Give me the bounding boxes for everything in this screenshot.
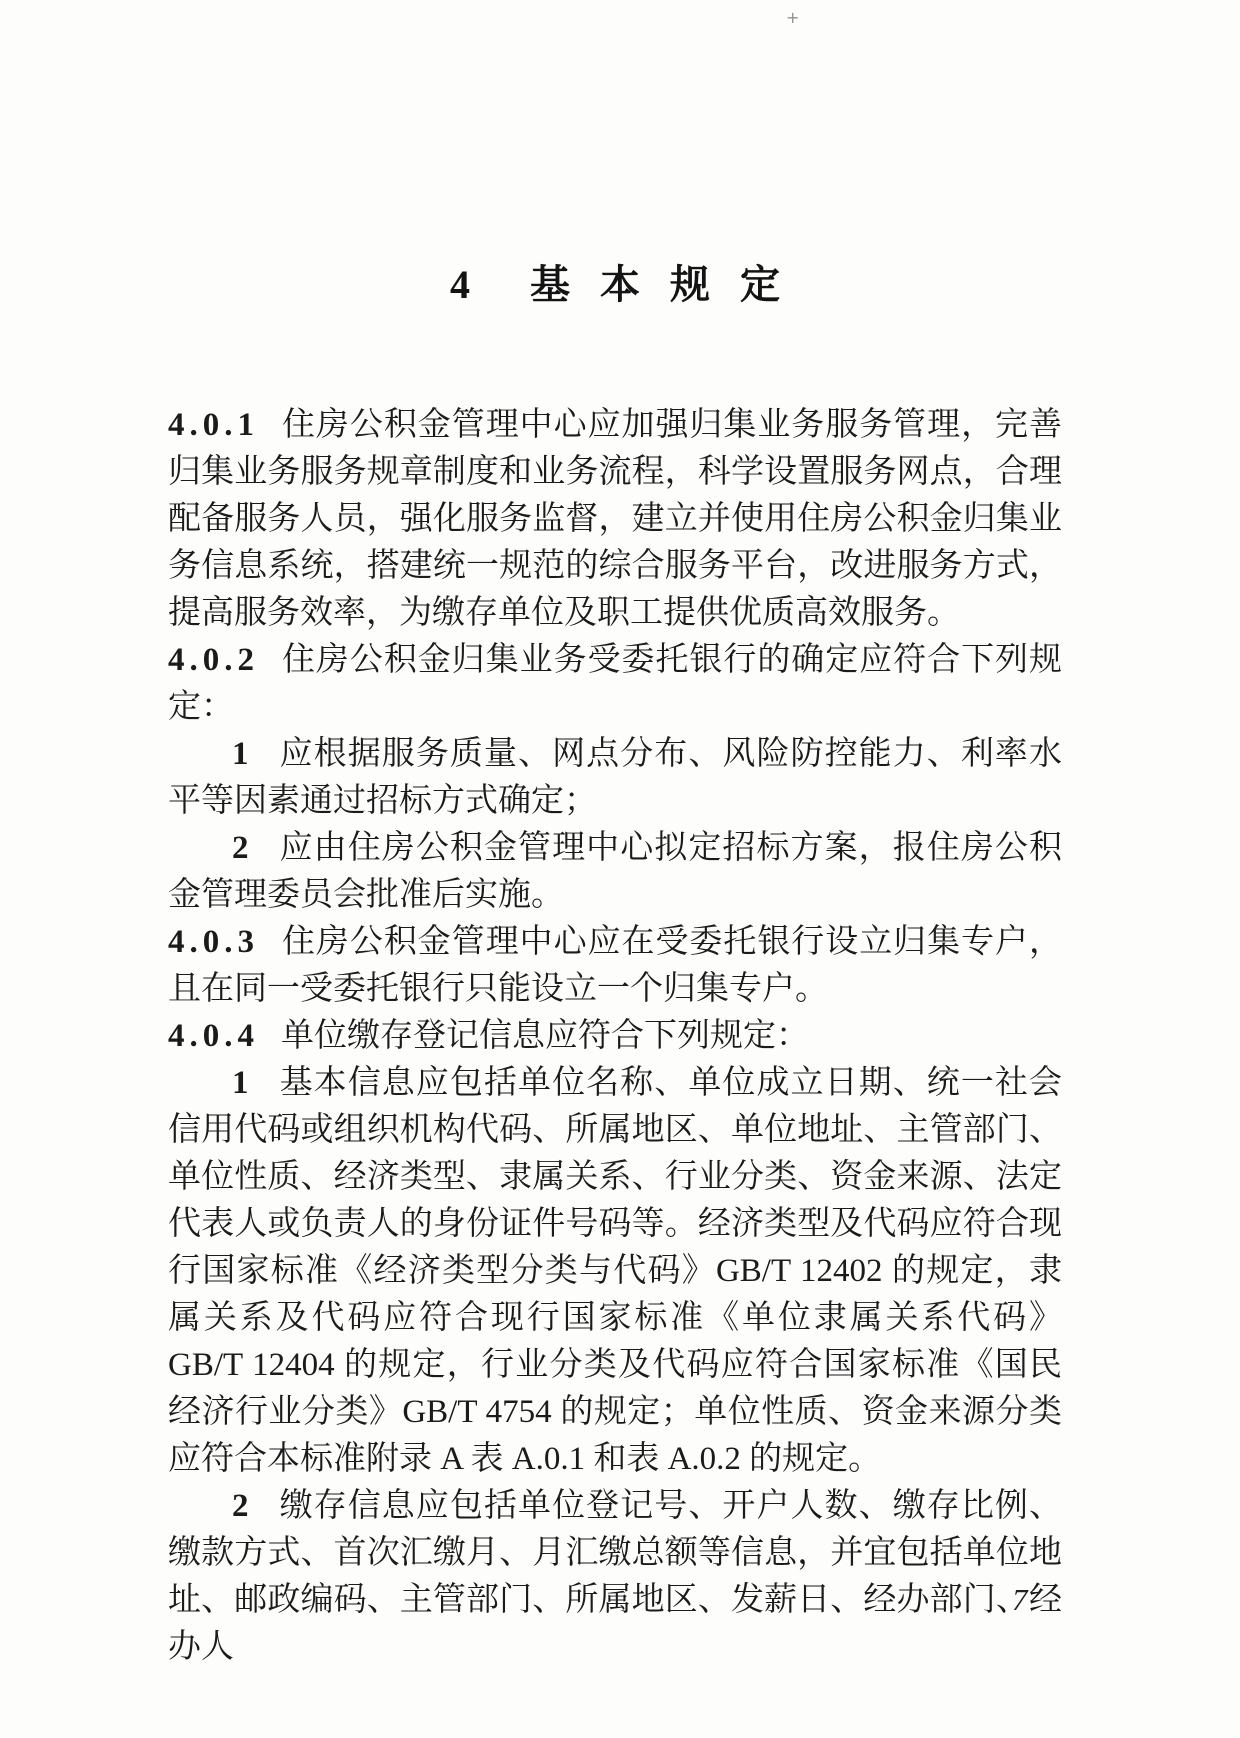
clause-paragraph: 4.0.3住房公积金管理中心应在受委托银行设立归集专户，且在同一受委托银行只能设… xyxy=(168,919,1062,1013)
clause-text: 住房公积金归集业务受委托银行的确定应符合下列规定： xyxy=(168,642,1062,725)
document-page: + 4 基 本 规 定 4.0.1住房公积金管理中心应加强归集业务服务管理，完善… xyxy=(0,0,1240,1738)
subitem-label: 1 xyxy=(232,736,279,772)
subitem-text: 应由住房公积金管理中心拟定招标方案，报住房公积金管理委员会批准后实施。 xyxy=(168,830,1062,913)
document-body: 4.0.1住房公积金管理中心应加强归集业务服务管理，完善归集业务服务规章制度和业… xyxy=(168,402,1062,1671)
page-number: 7 xyxy=(1012,1582,1028,1618)
subitem-text: 缴存信息应包括单位登记号、开户人数、缴存比例、缴款方式、首次汇缴月、月汇缴总额等… xyxy=(168,1488,1062,1665)
chapter-heading: 4 基 本 规 定 xyxy=(0,262,1240,308)
clause-paragraph: 4.0.2住房公积金归集业务受委托银行的确定应符合下列规定： xyxy=(168,637,1062,731)
clause-subitem: 1应根据服务质量、网点分布、风险防控能力、利率水平等因素通过招标方式确定； xyxy=(168,731,1062,825)
subitem-label: 1 xyxy=(232,1065,279,1101)
clause-label: 4.0.4 xyxy=(168,1018,281,1054)
clause-subitem: 1基本信息应包括单位名称、单位成立日期、统一社会信用代码或组织机构代码、所属地区… xyxy=(168,1060,1062,1483)
clause-text: 单位缴存登记信息应符合下列规定： xyxy=(281,1018,809,1054)
clause-label: 4.0.2 xyxy=(168,642,281,678)
clause-subitem: 2应由住房公积金管理中心拟定招标方案，报住房公积金管理委员会批准后实施。 xyxy=(168,825,1062,919)
scan-artifact-mark: + xyxy=(786,8,799,27)
clause-label: 4.0.1 xyxy=(168,407,281,443)
clause-subitem: 2缴存信息应包括单位登记号、开户人数、缴存比例、缴款方式、首次汇缴月、月汇缴总额… xyxy=(168,1483,1062,1671)
subitem-label: 2 xyxy=(232,830,279,866)
clause-text: 住房公积金管理中心应加强归集业务服务管理，完善归集业务服务规章制度和业务流程，科… xyxy=(168,407,1062,631)
subitem-text: 应根据服务质量、网点分布、风险防控能力、利率水平等因素通过招标方式确定； xyxy=(168,736,1062,819)
clause-text: 住房公积金管理中心应在受委托银行设立归集专户，且在同一受委托银行只能设立一个归集… xyxy=(168,924,1062,1007)
subitem-text: 基本信息应包括单位名称、单位成立日期、统一社会信用代码或组织机构代码、所属地区、… xyxy=(168,1065,1062,1477)
clause-paragraph: 4.0.4单位缴存登记信息应符合下列规定： xyxy=(168,1013,1062,1060)
clause-label: 4.0.3 xyxy=(168,924,281,960)
subitem-label: 2 xyxy=(232,1488,279,1524)
clause-paragraph: 4.0.1住房公积金管理中心应加强归集业务服务管理，完善归集业务服务规章制度和业… xyxy=(168,402,1062,637)
